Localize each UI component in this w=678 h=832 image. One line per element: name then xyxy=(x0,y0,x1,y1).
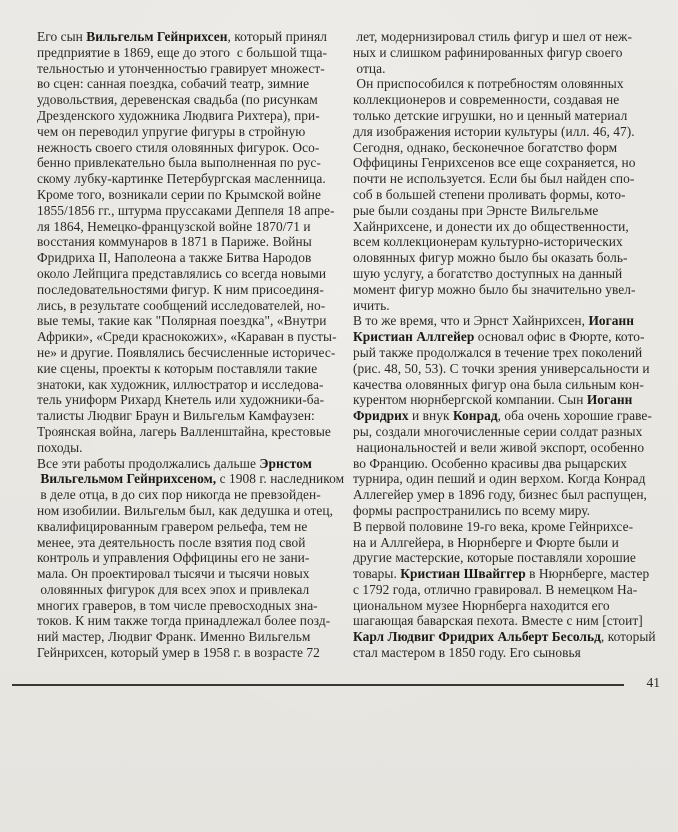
text-run: ры, создали многочисленные серии солдат … xyxy=(353,424,642,439)
text-run: с 1792 года, отлично гравировал. В немец… xyxy=(353,582,637,597)
text-line: ний мастер, Людвиг Франк. Именно Вильгел… xyxy=(37,629,338,645)
text-line: циональном музее Нюрнберга находится его xyxy=(353,598,654,614)
text-run: В то же время, что и Эрнст Хайнрихсен, xyxy=(353,313,588,328)
text-run: Хайнрихсене, и донести их до общественно… xyxy=(353,219,629,234)
text-line: Фридрих и внук Конрад, оба очень хорошие… xyxy=(353,408,654,424)
text-run: многих граверов, в том числе превосходны… xyxy=(37,598,318,613)
text-line: предприятие в 1869, еще до этого с больш… xyxy=(37,45,338,61)
text-line: мала. Он проектировал тысячи и тысячи но… xyxy=(37,566,338,582)
page-number: 41 xyxy=(628,675,660,691)
text-run: квалифицированным гравером рельефа, тем … xyxy=(37,519,307,534)
book-page: Его сын Вильгельм Гейнрихсен, который пр… xyxy=(0,0,678,832)
text-run: контроль и управления Оффицины его не за… xyxy=(37,550,309,565)
text-line: соб в большей степени проливать формы, к… xyxy=(353,187,654,203)
text-run: Кроме того, возникали серии по Крымской … xyxy=(37,187,321,202)
text-run: коллекционеров и современности, создавая… xyxy=(353,92,619,107)
text-run: мала. Он проектировал тысячи и тысячи но… xyxy=(37,566,310,581)
text-line: многих граверов, в том числе превосходны… xyxy=(37,598,338,614)
text-line: оловянных фигурок для всех эпох и привле… xyxy=(37,582,338,598)
text-run: всем коллекционерам культурно-историческ… xyxy=(353,234,623,249)
text-run: рые были созданы при Эрнсте Вильгельме xyxy=(353,203,598,218)
text-line: походы. xyxy=(37,440,338,456)
text-run: 1855/1856 гг., штурма пруссаками Деппеля… xyxy=(37,203,335,218)
text-line: рый также продолжался в течение трех пок… xyxy=(353,345,654,361)
text-line: последовательностями фигур. К ним присое… xyxy=(37,282,338,298)
text-line: всем коллекционерам культурно-историческ… xyxy=(353,234,654,250)
text-line: токов. К ним также тогда принадлежал бол… xyxy=(37,613,338,629)
text-line: (рис. 48, 50, 53). С точки зрения универ… xyxy=(353,361,654,377)
text-line: стал мастером в 1850 году. Его сыновья xyxy=(353,645,654,661)
text-line: рые были созданы при Эрнсте Вильгельме xyxy=(353,203,654,219)
text-run: курентом нюрнбергской компании. Сын xyxy=(353,392,587,407)
text-line: Аллегейер умер в 1896 году, бизнес был р… xyxy=(353,487,654,503)
text-line: Все эти работы продолжались дальше Эрнст… xyxy=(37,456,338,472)
text-run: с 1908 г. наследником xyxy=(216,471,344,486)
text-line: ном изобилии. Вильгельм был, как дедушка… xyxy=(37,503,338,519)
text-line: В первой половине 19-го века, кроме Гейн… xyxy=(353,519,654,535)
text-run: Троянская война, лагерь Валленштайна, кр… xyxy=(37,424,331,439)
text-line: для изображения истории культуры (илл. 4… xyxy=(353,124,654,140)
text-run: оловянных фигурок для всех эпох и привле… xyxy=(37,582,309,597)
text-line: на и Аллгейера, в Нюрнберге и Фюрте были… xyxy=(353,535,654,551)
text-run: токов. К ним также тогда принадлежал бол… xyxy=(37,613,330,628)
text-line: менее, эта деятельность после взятия под… xyxy=(37,535,338,551)
text-run: ичить. xyxy=(353,298,390,313)
text-line: Вильгельмом Гейнрихсеном, с 1908 г. насл… xyxy=(37,471,338,487)
text-run: последовательностями фигур. К ним присое… xyxy=(37,282,324,297)
text-run: в Нюрнберге, мастер xyxy=(526,566,650,581)
text-run: кие сцены, проекты к которым поставляли … xyxy=(37,361,317,376)
text-line: с 1792 года, отлично гравировал. В немец… xyxy=(353,582,654,598)
bold-text-run: Кристиан Швайггер xyxy=(400,566,525,581)
text-line: ры, создали многочисленные серии солдат … xyxy=(353,424,654,440)
text-line: оловянных фигур можно было бы оказать бо… xyxy=(353,250,654,266)
text-line: Хайнрихсене, и донести их до общественно… xyxy=(353,219,654,235)
text-run: около Лейпцига представлялись со всегда … xyxy=(37,266,326,281)
text-line: момент фигур можно было бы значительно у… xyxy=(353,282,654,298)
text-line: Африки», «Среди краснокожих», «Караван в… xyxy=(37,329,338,345)
text-line: коллекционеров и современности, создавая… xyxy=(353,92,654,108)
text-run: соб в большей степени проливать формы, к… xyxy=(353,187,626,202)
text-line: контроль и управления Оффицины его не за… xyxy=(37,550,338,566)
text-run: качества оловянных фигур она была сильны… xyxy=(353,377,644,392)
text-line: кие сцены, проекты к которым поставляли … xyxy=(37,361,338,377)
text-run: Фридриха II, Наполеона а также Битва Нар… xyxy=(37,250,311,265)
right-column: лет, модернизировал стиль фигур и шел от… xyxy=(353,29,654,661)
left-column: Его сын Вильгельм Гейнрихсен, который пр… xyxy=(37,29,338,661)
text-run: во Францию. Особенно красивы два рыцарск… xyxy=(353,456,627,471)
text-run: вые темы, такие как "Полярная поездка", … xyxy=(37,313,327,328)
text-run: бенно привлекательно была выполненная по… xyxy=(37,155,321,170)
text-run: Гейнрихсен, который умер в 1958 г. в воз… xyxy=(37,645,320,660)
footer-rule xyxy=(12,684,624,686)
text-line: курентом нюрнбергской компании. Сын Иога… xyxy=(353,392,654,408)
text-run: Он приспособился к потребностям оловянны… xyxy=(353,76,624,91)
text-line: около Лейпцига представлялись со всегда … xyxy=(37,266,338,282)
text-run: в деле отца, в до сих пор никогда не пре… xyxy=(37,487,321,502)
text-run: В первой половине 19-го века, кроме Гейн… xyxy=(353,519,633,534)
text-run: турнира, один пеший и один верхом. Когда… xyxy=(353,471,645,486)
bold-text-run: Вильгельм Гейнрихсен xyxy=(86,29,227,44)
text-run: нежность своего стиля оловянных фигурок.… xyxy=(37,140,319,155)
text-line: Кристиан Аллгейер основал офис в Фюрте, … xyxy=(353,329,654,345)
text-line: ля 1864, Немецко-французской войне 1870/… xyxy=(37,219,338,235)
text-line: шую услугу, а богатство доступных на дан… xyxy=(353,266,654,282)
text-line: только детские игрушки, но и ценный мате… xyxy=(353,108,654,124)
text-line: знатоки, как художник, иллюстратор и исс… xyxy=(37,377,338,393)
text-run: для изображения истории культуры (илл. 4… xyxy=(353,124,635,139)
text-line: Его сын Вильгельм Гейнрихсен, который пр… xyxy=(37,29,338,45)
text-line: лись, в результате сообщений исследовате… xyxy=(37,298,338,314)
text-line: шагающая баварская пехота. Вместе с ним … xyxy=(353,613,654,629)
text-line: тельностью и утонченностью гравирует мно… xyxy=(37,61,338,77)
text-run: чем он переводил упругие фигуры в стройн… xyxy=(37,124,305,139)
bold-text-run: Иоганн xyxy=(588,313,634,328)
text-run: лись, в результате сообщений исследовате… xyxy=(37,298,325,313)
text-run: восстания коммунаров в 1871 в Париже. Во… xyxy=(37,234,312,249)
text-run: Все эти работы продолжались дальше xyxy=(37,456,259,471)
text-line: товары. Кристиан Швайггер в Нюрнберге, м… xyxy=(353,566,654,582)
text-run: , оба очень хорошие граве- xyxy=(498,408,652,423)
text-run: , который xyxy=(601,629,656,644)
text-run: тельностью и утонченностью гравирует мно… xyxy=(37,61,325,76)
text-run: рый также продолжался в течение трех пок… xyxy=(353,345,642,360)
text-run: циональном музее Нюрнберга находится его xyxy=(353,598,610,613)
text-run: товары. xyxy=(353,566,400,581)
text-run: знатоки, как художник, иллюстратор и исс… xyxy=(37,377,324,392)
text-line: формы распространились по всему миру. xyxy=(353,503,654,519)
text-line: бенно привлекательно была выполненная по… xyxy=(37,155,338,171)
bold-text-run: Вильгельмом Гейнрихсеном, xyxy=(40,471,216,486)
text-run: ном изобилии. Вильгельм был, как дедушка… xyxy=(37,503,333,518)
text-line: нежность своего стиля оловянных фигурок.… xyxy=(37,140,338,156)
text-run: только детские игрушки, но и ценный мате… xyxy=(353,108,627,123)
bold-text-run: Конрад xyxy=(453,408,498,423)
text-run: стал мастером в 1850 году. Его сыновья xyxy=(353,645,581,660)
text-line: Гейнрихсен, который умер в 1958 г. в воз… xyxy=(37,645,338,661)
text-line: ных и слишком рафинированных фигур своег… xyxy=(353,45,654,61)
text-line: Оффицины Генрихсенов все еще сохраняется… xyxy=(353,155,654,171)
text-run: ных и слишком рафинированных фигур своег… xyxy=(353,45,623,60)
text-line: Кроме того, возникали серии по Крымской … xyxy=(37,187,338,203)
text-line: Троянская война, лагерь Валленштайна, кр… xyxy=(37,424,338,440)
text-run: ний мастер, Людвиг Франк. Именно Вильгел… xyxy=(37,629,310,644)
text-line: во Францию. Особенно красивы два рыцарск… xyxy=(353,456,654,472)
text-line: лет, модернизировал стиль фигур и шел от… xyxy=(353,29,654,45)
text-run: талисты Людвиг Браун и Вильгельм Камфауз… xyxy=(37,408,315,423)
text-line: удовольствия, деревенская свадьба (по ри… xyxy=(37,92,338,108)
text-run: тель униформ Рихард Кнетель или художник… xyxy=(37,392,324,407)
bold-text-run: Фридрих xyxy=(353,408,409,423)
text-run: на и Аллгейера, в Нюрнберге и Фюрте были… xyxy=(353,535,619,550)
text-line: другие мастерские, которые поставляли хо… xyxy=(353,550,654,566)
text-line: качества оловянных фигур она была сильны… xyxy=(353,377,654,393)
text-line: скому лубку-картинке Петербургская масле… xyxy=(37,171,338,187)
text-line: ичить. xyxy=(353,298,654,314)
text-line: во сцен: санная поездка, собачий театр, … xyxy=(37,76,338,92)
text-line: почти не используется. Если бы был найде… xyxy=(353,171,654,187)
text-run: Его сын xyxy=(37,29,86,44)
text-run: Дрезденского художника Людвига Рихтера),… xyxy=(37,108,320,123)
text-run: шагающая баварская пехота. Вместе с ним … xyxy=(353,613,643,628)
text-line: вые темы, такие как "Полярная поездка", … xyxy=(37,313,338,329)
text-run: во сцен: санная поездка, собачий театр, … xyxy=(37,76,309,91)
text-run: момент фигур можно было бы значительно у… xyxy=(353,282,636,297)
text-columns: Его сын Вильгельм Гейнрихсен, который пр… xyxy=(37,29,654,661)
text-run: отца. xyxy=(353,61,385,76)
text-run: Африки», «Среди краснокожих», «Караван в… xyxy=(37,329,337,344)
text-line: чем он переводил упругие фигуры в стройн… xyxy=(37,124,338,140)
text-run: походы. xyxy=(37,440,83,455)
text-line: 1855/1856 гг., штурма пруссаками Деппеля… xyxy=(37,203,338,219)
bold-text-run: Эрнстом xyxy=(259,456,312,471)
text-run: Оффицины Генрихсенов все еще сохраняется… xyxy=(353,155,636,170)
text-run: ля 1864, Немецко-французской войне 1870/… xyxy=(37,219,311,234)
text-line: Дрезденского художника Людвига Рихтера),… xyxy=(37,108,338,124)
text-run: (рис. 48, 50, 53). С точки зрения универ… xyxy=(353,361,650,376)
text-line: в деле отца, в до сих пор никогда не пре… xyxy=(37,487,338,503)
text-run: , который принял xyxy=(228,29,327,44)
text-run: почти не используется. Если бы был найде… xyxy=(353,171,634,186)
text-run: и внук xyxy=(409,408,453,423)
bold-text-run: Карл Людвиг Фридрих Альберт Бесольд xyxy=(353,629,601,644)
text-line: турнира, один пеший и один верхом. Когда… xyxy=(353,471,654,487)
text-run: лет, модернизировал стиль фигур и шел от… xyxy=(353,29,632,44)
text-run: удовольствия, деревенская свадьба (по ри… xyxy=(37,92,318,107)
text-line: квалифицированным гравером рельефа, тем … xyxy=(37,519,338,535)
text-line: Сегодня, однако, бесконечное богатство ф… xyxy=(353,140,654,156)
text-line: отца. xyxy=(353,61,654,77)
text-run: Аллегейер умер в 1896 году, бизнес был р… xyxy=(353,487,647,502)
text-run: национальностей и вели живой экспорт, ос… xyxy=(353,440,644,455)
text-run: не» и другие. Появлялись бесчисленные ис… xyxy=(37,345,335,360)
text-run: оловянных фигур можно было бы оказать бо… xyxy=(353,250,628,265)
text-line: Фридриха II, Наполеона а также Битва Нар… xyxy=(37,250,338,266)
text-run: менее, эта деятельность после взятия под… xyxy=(37,535,306,550)
text-run: другие мастерские, которые поставляли хо… xyxy=(353,550,636,565)
text-line: тель униформ Рихард Кнетель или художник… xyxy=(37,392,338,408)
text-line: В то же время, что и Эрнст Хайнрихсен, И… xyxy=(353,313,654,329)
text-run: шую услугу, а богатство доступных на дан… xyxy=(353,266,622,281)
text-line: Он приспособился к потребностям оловянны… xyxy=(353,76,654,92)
text-run: предприятие в 1869, еще до этого с больш… xyxy=(37,45,327,60)
text-run: Сегодня, однако, бесконечное богатство ф… xyxy=(353,140,617,155)
text-line: восстания коммунаров в 1871 в Париже. Во… xyxy=(37,234,338,250)
text-run: основал офис в Фюрте, кото- xyxy=(474,329,644,344)
text-line: талисты Людвиг Браун и Вильгельм Камфауз… xyxy=(37,408,338,424)
text-run: скому лубку-картинке Петербургская масле… xyxy=(37,171,326,186)
bold-text-run: Иоганн xyxy=(587,392,633,407)
text-line: не» и другие. Появлялись бесчисленные ис… xyxy=(37,345,338,361)
text-line: Карл Людвиг Фридрих Альберт Бесольд, кот… xyxy=(353,629,654,645)
bold-text-run: Кристиан Аллгейер xyxy=(353,329,474,344)
text-line: национальностей и вели живой экспорт, ос… xyxy=(353,440,654,456)
text-run: формы распространились по всему миру. xyxy=(353,503,590,518)
